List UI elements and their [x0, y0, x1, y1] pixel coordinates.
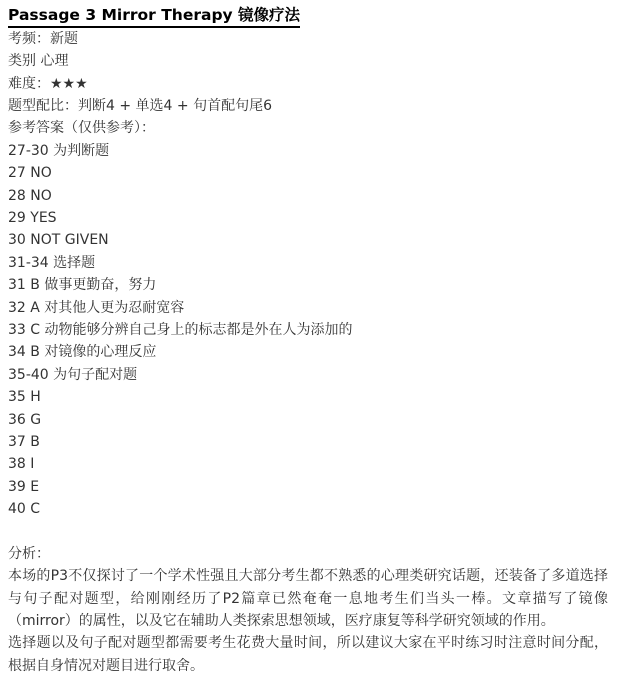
answer-line: 35-40 为句子配对题	[8, 364, 608, 386]
answer-line: 34 B 对镜像的心理反应	[8, 341, 608, 363]
title-line: Passage 3 Mirror Therapy 镜像疗法	[8, 5, 608, 27]
answer-line: 32 A 对其他人更为忍耐宽容	[8, 297, 608, 319]
analysis-paragraph: 本场的P3不仅探讨了一个学术性强且大部分考生都不熟悉的心理类研究话题，还装备了多…	[8, 565, 608, 632]
page-title: Passage 3 Mirror Therapy 镜像疗法	[8, 5, 300, 28]
meta-category: 类别 心理	[8, 50, 608, 72]
answer-line: 31 B 做事更勤奋，努力	[8, 274, 608, 296]
document-page: Passage 3 Mirror Therapy 镜像疗法 考频：新题 类别 心…	[0, 0, 628, 679]
answer-line: 27-30 为判断题	[8, 140, 608, 162]
analysis-paragraph: 选择题以及句子配对题型都需要考生花费大量时间，所以建议大家在平时练习时注意时间分…	[8, 632, 608, 677]
answers-heading: 参考答案（仅供参考）：	[8, 117, 608, 139]
answer-line: 29 YES	[8, 207, 608, 229]
analysis-label: 分析：	[8, 543, 608, 565]
meta-difficulty: 难度：★★★	[8, 73, 608, 95]
answer-line: 30 NOT GIVEN	[8, 229, 608, 251]
meta-question-mix: 题型配比：判断4 + 单选4 + 句首配句尾6	[8, 95, 608, 117]
answer-line: 36 G	[8, 409, 608, 431]
answer-line: 35 H	[8, 386, 608, 408]
answer-line: 38 I	[8, 453, 608, 475]
answer-line: 27 NO	[8, 162, 608, 184]
answer-line: 31-34 选择题	[8, 252, 608, 274]
answer-line: 40 C	[8, 498, 608, 520]
answer-line: 28 NO	[8, 185, 608, 207]
answer-line: 39 E	[8, 476, 608, 498]
answer-line: 37 B	[8, 431, 608, 453]
blank-line	[8, 520, 608, 542]
meta-frequency: 考频：新题	[8, 28, 608, 50]
answer-line: 33 C 动物能够分辨自己身上的标志都是外在人为添加的	[8, 319, 608, 341]
